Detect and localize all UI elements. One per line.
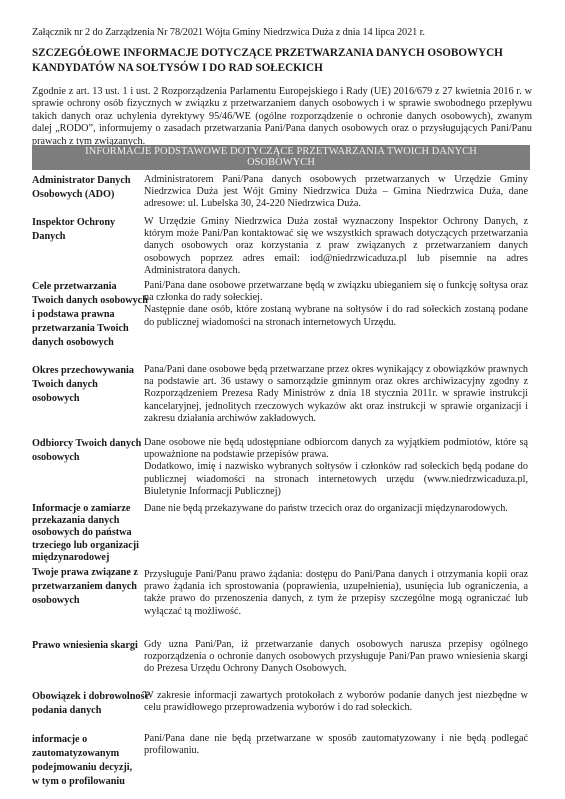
row-value: Pana/Pani dane osobowe będą przetwarzane… [144,364,528,425]
row-paragraph: W zakresie informacji zawartych protokoł… [144,690,528,714]
row-value: Pani/Pana dane osobowe przetwarzane będą… [144,280,528,329]
row-label: Administrator Danych Osobowych (ADO) [32,174,142,202]
row-value: W Urzędzie Gminy Niedrzwica Duża został … [144,216,528,277]
row-label: Obowiązek i dobrowolność podania danych [32,690,150,718]
row-paragraph: Dane nie będą przekazywane do państw trz… [144,503,528,515]
row-paragraph: Administratorem Pani/Pana danych osobowy… [144,174,528,211]
row-label: Okres przechowywania Twoich danych osobo… [32,364,144,406]
row-paragraph: Pani/Pana dane osobowe przetwarzane będą… [144,280,528,304]
row-paragraph: Dodatkowo, imię i nazwisko wybranych soł… [144,461,528,498]
document-title: SZCZEGÓŁOWE INFORMACJE DOTYCZĄCE PRZETWA… [32,46,552,75]
row-paragraph: Dane osobowe nie będą udostępniane odbio… [144,437,528,461]
row-label: Cele przetwarzania Twoich danych osobowy… [32,280,150,350]
row-label: Twoje prawa związane z przetwarzaniem da… [32,566,147,608]
row-paragraph: Następnie dane osób, które zostaną wybra… [144,304,528,328]
section-header: INFORMACJE PODSTAWOWE DOTYCZĄCE PRZETWAR… [32,145,530,170]
row-value: W zakresie informacji zawartych protokoł… [144,690,528,714]
row-label: Inspektor Ochrony Danych [32,216,132,244]
row-paragraph: Pana/Pani dane osobowe będą przetwarzane… [144,364,528,425]
row-label: Informacje o zamiarze przekazania danych… [32,503,144,564]
row-value: Dane osobowe nie będą udostępniane odbio… [144,437,528,498]
row-paragraph: Gdy uzna Pani/Pan, iż przetwarzanie dany… [144,639,528,676]
row-label: informacje o zautomatyzowanym podejmowan… [32,733,140,789]
row-paragraph: Pani/Pana dane nie będą przetwarzane w s… [144,733,528,757]
intro-paragraph: Zgodnie z art. 13 ust. 1 i ust. 2 Rozpor… [32,86,532,148]
row-value: Pani/Pana dane nie będą przetwarzane w s… [144,733,528,757]
row-paragraph: W Urzędzie Gminy Niedrzwica Duża został … [144,216,528,277]
row-label: Prawo wniesienia skargi [32,639,147,653]
title-line-1: SZCZEGÓŁOWE INFORMACJE DOTYCZĄCE PRZETWA… [32,46,552,61]
row-value: Przysługuje Pani/Panu prawo żądania: dos… [144,569,528,618]
annex-line: Załącznik nr 2 do Zarządzenia Nr 78/2021… [32,27,425,38]
row-label: Odbiorcy Twoich danych osobowych [32,437,144,465]
row-value: Gdy uzna Pani/Pan, iż przetwarzanie dany… [144,639,528,676]
row-value: Administratorem Pani/Pana danych osobowy… [144,174,528,211]
row-paragraph: Przysługuje Pani/Panu prawo żądania: dos… [144,569,528,618]
section-header-line-2: OSOBOWYCH [32,157,530,168]
row-value: Dane nie będą przekazywane do państw trz… [144,503,528,515]
title-line-2: KANDYDATÓW NA SOŁTYSÓW I DO RAD SOŁECKIC… [32,61,552,76]
section-header-line-1: INFORMACJE PODSTAWOWE DOTYCZĄCE PRZETWAR… [32,146,530,157]
